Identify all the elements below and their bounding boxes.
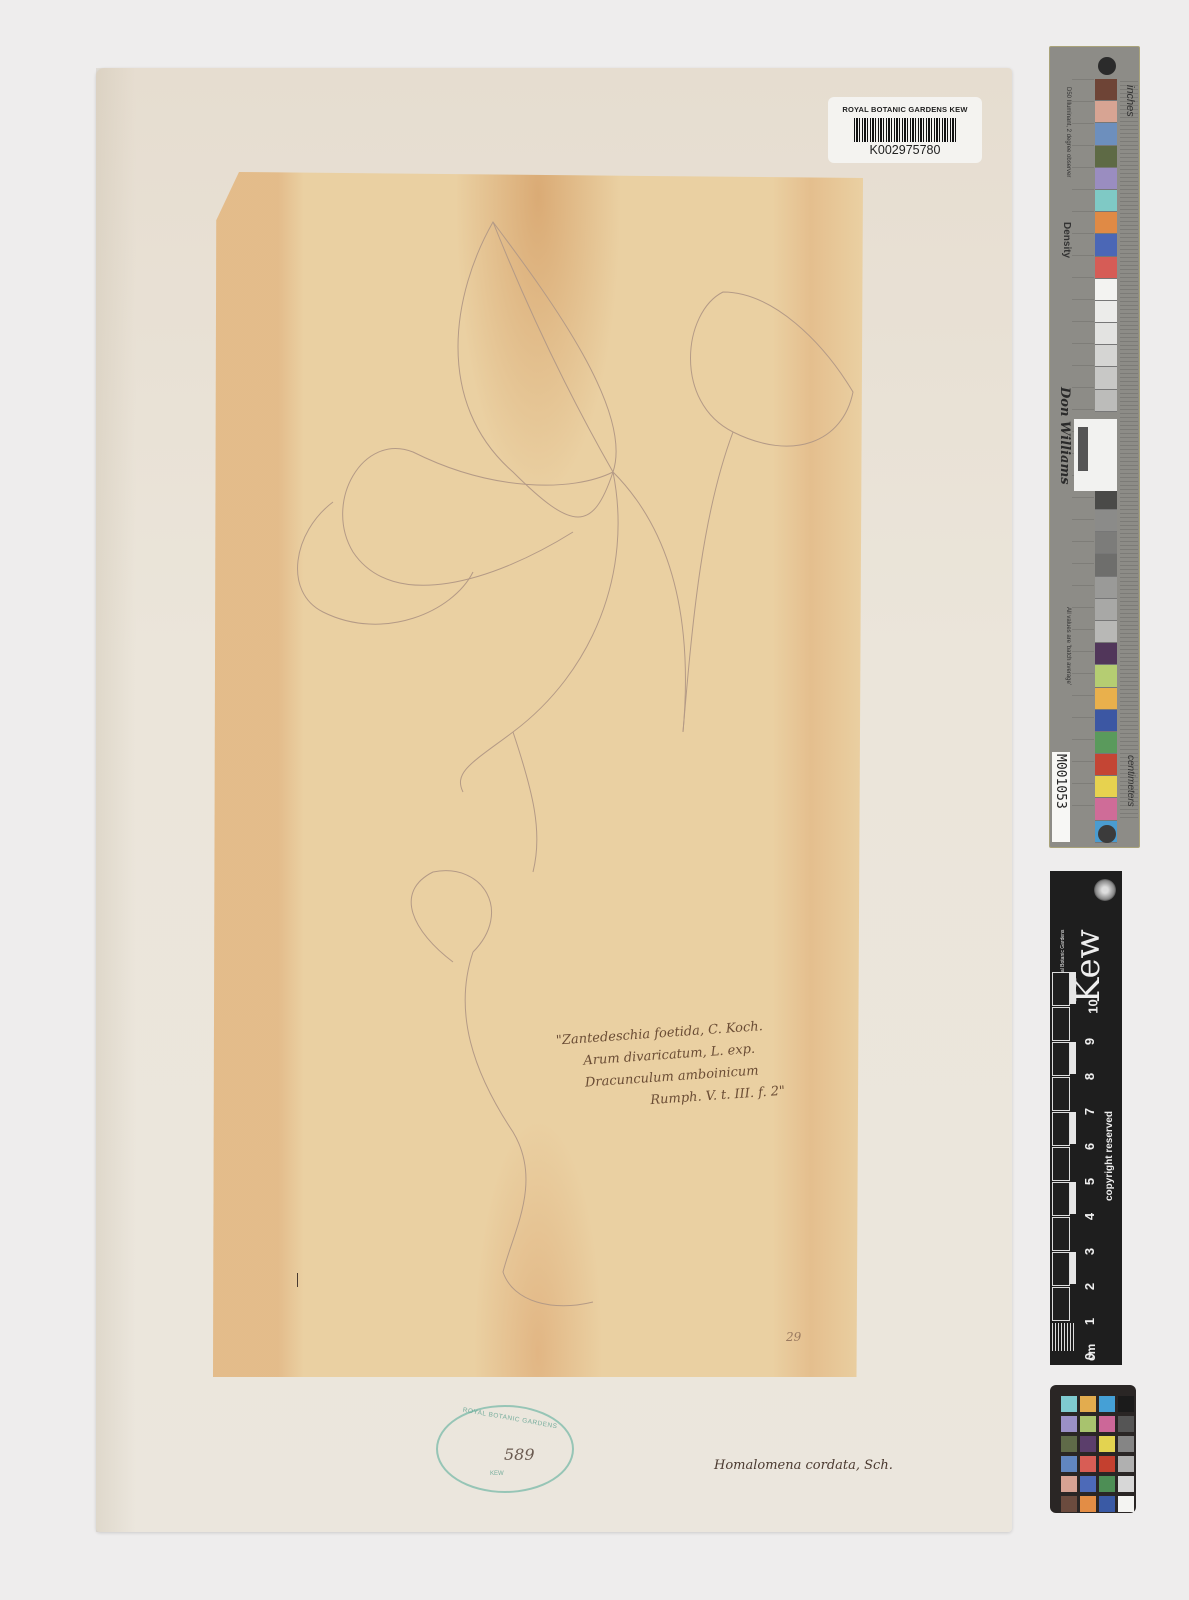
- strip-patch: [1095, 323, 1117, 345]
- kew-scale-number: 7: [1082, 1108, 1097, 1115]
- strip-patch: [1095, 168, 1117, 190]
- color-checker-cell: [1080, 1476, 1096, 1492]
- pencil-tick-mark: [297, 1273, 298, 1287]
- kew-scale-number: 0: [1082, 1353, 1097, 1360]
- color-checker-card: [1050, 1385, 1136, 1513]
- resolution-target: [1074, 419, 1117, 491]
- kew-scale-segments: [1050, 971, 1078, 1361]
- strip-patch: [1095, 621, 1117, 643]
- strip-patch: [1095, 212, 1117, 234]
- strip-patch: [1095, 798, 1117, 820]
- color-checker-cell: [1118, 1496, 1134, 1512]
- kew-scale-segment: [1050, 1286, 1078, 1320]
- color-checker-cell: [1099, 1476, 1115, 1492]
- strip-centimeters-label: centimeters: [1125, 755, 1136, 807]
- color-checker-cell: [1061, 1476, 1077, 1492]
- kew-scale-segment: [1050, 1181, 1078, 1215]
- kew-scale-number: 6: [1082, 1143, 1097, 1150]
- determination-label: Homalomena cordata, Sch.: [714, 1458, 893, 1473]
- strip-patch: [1095, 234, 1117, 256]
- stamp-number: 589: [504, 1445, 535, 1464]
- color-checker-cell: [1099, 1436, 1115, 1452]
- strip-patch: [1095, 554, 1117, 576]
- strip-catalog-code-text: M001053: [1053, 754, 1068, 809]
- strip-patch: [1095, 101, 1117, 123]
- color-checker-cell: [1061, 1496, 1077, 1512]
- color-checker-cell: [1099, 1396, 1115, 1412]
- kew-scale-number: 1: [1082, 1318, 1097, 1325]
- kew-scale-number: 10: [1086, 999, 1101, 1013]
- strip-patch: [1095, 279, 1117, 301]
- page-number: 29: [786, 1330, 801, 1344]
- color-checker-cell: [1061, 1436, 1077, 1452]
- strip-patch: [1095, 345, 1117, 367]
- color-calibration-strip: inches centimeters Don Williams Density …: [1049, 46, 1140, 848]
- strip-patch: [1095, 599, 1117, 621]
- color-checker-cell: [1080, 1496, 1096, 1512]
- kew-copyright: copyright reserved: [1104, 1111, 1115, 1201]
- strip-brand: Don Williams: [1057, 387, 1072, 485]
- strip-patch: [1095, 190, 1117, 212]
- kew-crest-icon: [1094, 879, 1116, 901]
- strip-patch: [1095, 532, 1117, 554]
- kew-scale-segment: [1050, 1111, 1078, 1145]
- color-checker-cell: [1099, 1416, 1115, 1432]
- kew-scale-number: 4: [1082, 1213, 1097, 1220]
- strip-patch: [1095, 123, 1117, 145]
- strip-patch: [1095, 710, 1117, 732]
- strip-illuminant-note: D50 Illuminant, 2 degree observer: [1065, 87, 1071, 177]
- kew-scale-segment: [1050, 971, 1078, 1005]
- strip-patch: [1095, 577, 1117, 599]
- kew-scale-segment: [1050, 1006, 1078, 1040]
- botanical-drawing-sheet: [213, 172, 863, 1377]
- strip-patch: [1095, 665, 1117, 687]
- kew-scale-number: 3: [1082, 1248, 1097, 1255]
- kew-herbarium-stamp: ROYAL BOTANIC GARDENS 589 KEW: [436, 1405, 574, 1493]
- strip-patch: [1095, 301, 1117, 323]
- color-checker-cell: [1061, 1416, 1077, 1432]
- strip-hole-bottom: [1098, 825, 1116, 843]
- barcode-institution: ROYAL BOTANIC GARDENS KEW: [828, 105, 982, 114]
- kew-scale-segment: [1050, 1251, 1078, 1285]
- color-checker-grid: [1061, 1396, 1134, 1512]
- color-checker-cell: [1080, 1396, 1096, 1412]
- kew-fine-ticks: [1052, 1323, 1076, 1351]
- strip-patch: [1095, 776, 1117, 798]
- kew-scale-segment: [1050, 1076, 1078, 1110]
- kew-scale-segment: [1050, 1041, 1078, 1075]
- kew-scale-number: 2: [1082, 1283, 1097, 1290]
- strip-patch: [1095, 146, 1117, 168]
- strip-inches-label: inches: [1124, 85, 1136, 117]
- strip-density-label: Density: [1061, 222, 1072, 258]
- strip-patch: [1095, 754, 1117, 776]
- kew-scale-number: 8: [1082, 1073, 1097, 1080]
- barcode-number: K002975780: [828, 143, 982, 157]
- color-checker-cell: [1118, 1456, 1134, 1472]
- strip-patch: [1095, 367, 1117, 389]
- strip-patch: [1095, 688, 1117, 710]
- strip-patch: [1095, 732, 1117, 754]
- kew-scale-number: 5: [1082, 1178, 1097, 1185]
- color-checker-cell: [1061, 1396, 1077, 1412]
- kew-scale-number: 9: [1082, 1038, 1097, 1045]
- strip-values-note: All values are 'batch average': [1065, 607, 1071, 685]
- kew-scale-segment: [1050, 1216, 1078, 1250]
- color-checker-cell: [1061, 1456, 1077, 1472]
- strip-ruler: [1120, 81, 1138, 821]
- color-checker-cell: [1080, 1436, 1096, 1452]
- plant-sketch: [213, 172, 863, 1377]
- barcode-label: ROYAL BOTANIC GARDENS KEW K002975780: [828, 97, 982, 163]
- strip-patch: [1095, 390, 1117, 412]
- color-checker-cell: [1118, 1396, 1134, 1412]
- color-checker-cell: [1118, 1436, 1134, 1452]
- kew-scale-bar: Royal Botanic Gardens Kew copyright rese…: [1050, 871, 1122, 1365]
- color-checker-cell: [1118, 1476, 1134, 1492]
- strip-catalog-code: M001053: [1052, 752, 1070, 842]
- color-checker-cell: [1099, 1496, 1115, 1512]
- strip-patch: [1095, 510, 1117, 532]
- barcode-bars: [854, 118, 956, 142]
- color-checker-cell: [1099, 1456, 1115, 1472]
- stamp-bottom-text: KEW: [490, 1471, 504, 1477]
- color-checker-cell: [1118, 1416, 1134, 1432]
- strip-patch: [1095, 257, 1117, 279]
- kew-scale-segment: [1050, 1146, 1078, 1180]
- color-checker-cell: [1080, 1416, 1096, 1432]
- strip-patch: [1095, 488, 1117, 510]
- strip-hole-top: [1098, 57, 1116, 75]
- color-checker-cell: [1080, 1456, 1096, 1472]
- strip-patch: [1095, 643, 1117, 665]
- strip-patch: [1095, 79, 1117, 101]
